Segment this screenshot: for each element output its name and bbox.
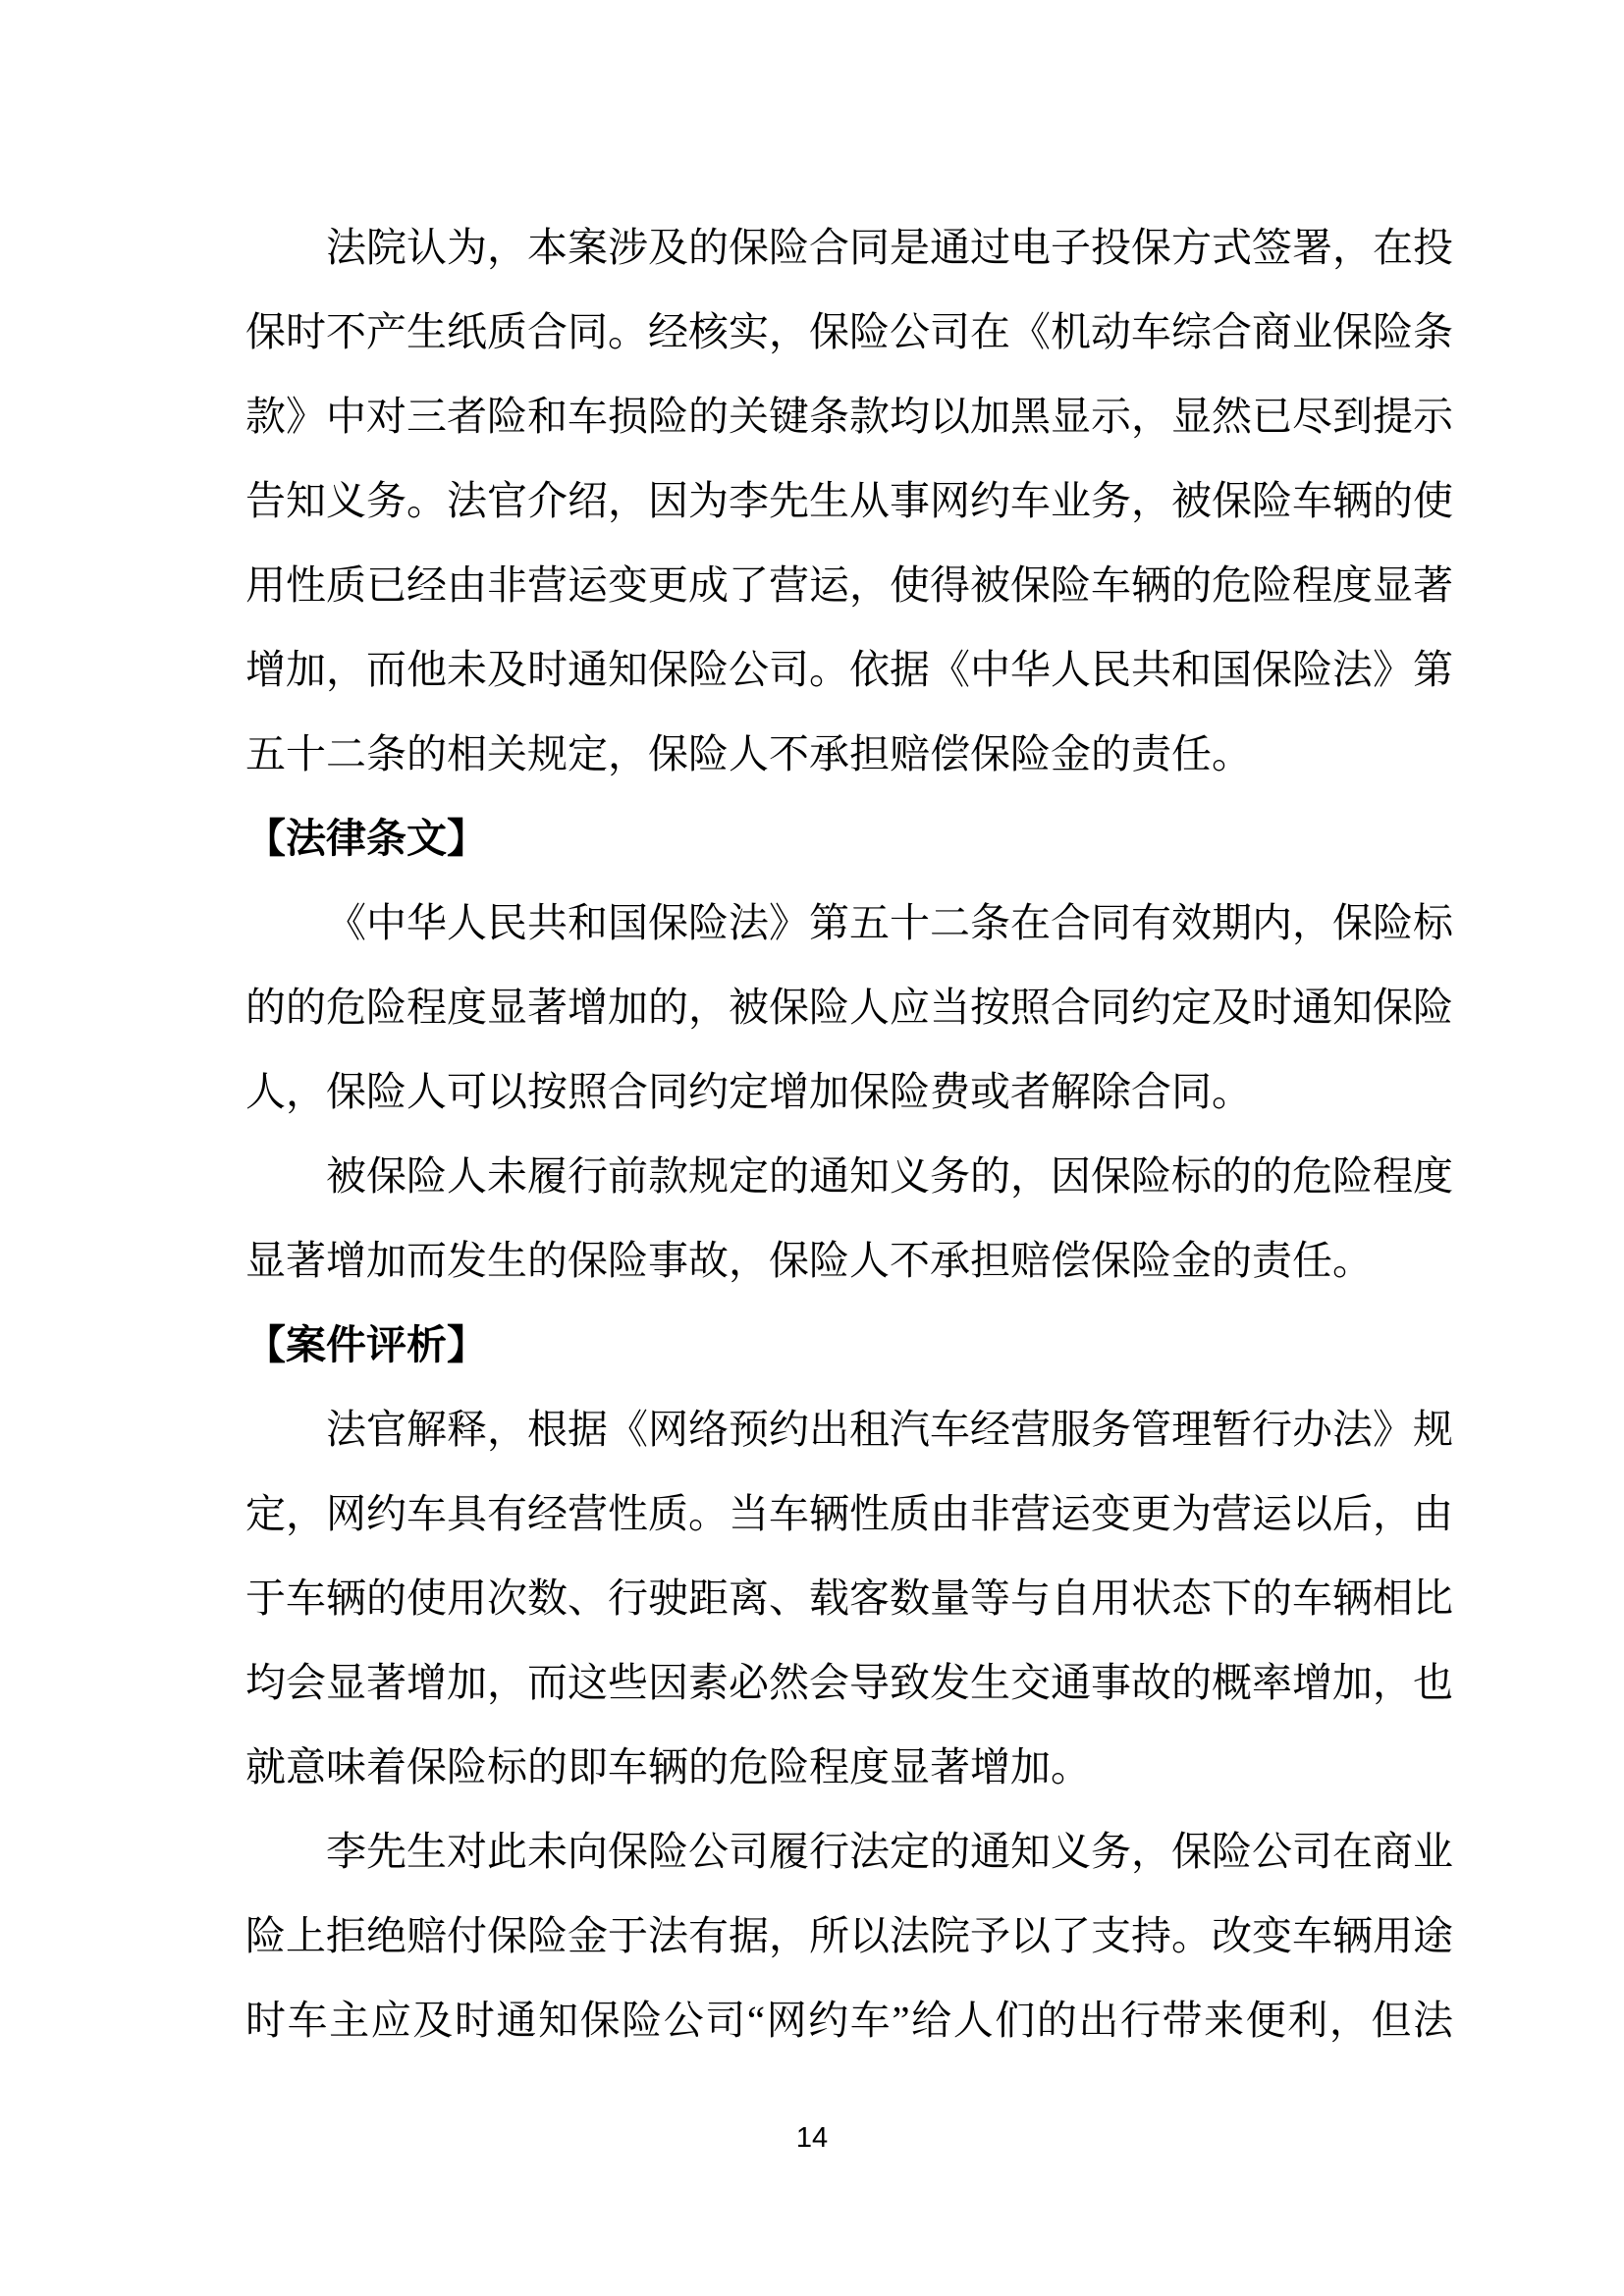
page-number: 14 (0, 2120, 1624, 2156)
text-line: 李先生对此未向保险公司履行法定的通知义务，保险公司在商业 (245, 1809, 1453, 1894)
text-line: 增加，而他未及时通知保险公司。依据《中华人民共和国保险法》第 (245, 627, 1453, 712)
text-line: 告知义务。法官介绍，因为李先生从事网约车业务，被保险车辆的使 (245, 458, 1453, 543)
text-line: 险上拒绝赔付保险金于法有据，所以法院予以了支持。改变车辆用途 (245, 1894, 1453, 1978)
text-line: 被保险人未履行前款规定的通知义务的，因保险标的的危险程度 (245, 1134, 1453, 1218)
section-heading: 【案件评析】 (245, 1303, 1453, 1387)
text-line: 用性质已经由非营运变更成了营运，使得被保险车辆的危险程度显著 (245, 543, 1453, 627)
text-line: 于车辆的使用次数、行驶距离、载客数量等与自用状态下的车辆相比 (245, 1556, 1453, 1640)
text-line: 的的危险程度显著增加的，被保险人应当按照合同约定及时通知保险 (245, 965, 1453, 1049)
document-body: 法院认为，本案涉及的保险合同是通过电子投保方式签署，在投保时不产生纸质合同。经核… (245, 205, 1453, 2062)
text-line: 均会显著增加，而这些因素必然会导致发生交通事故的概率增加，也 (245, 1640, 1453, 1725)
document-page: 法院认为，本案涉及的保险合同是通过电子投保方式签署，在投保时不产生纸质合同。经核… (0, 0, 1624, 2296)
text-line: 款》中对三者险和车损险的关键条款均以加黑显示，显然已尽到提示 (245, 374, 1453, 458)
text-line: 《中华人民共和国保险法》第五十二条在合同有效期内，保险标 (245, 881, 1453, 965)
section-heading: 【法律条文】 (245, 796, 1453, 881)
text-line: 法院认为，本案涉及的保险合同是通过电子投保方式签署，在投 (245, 205, 1453, 290)
text-line: 法官解释，根据《网络预约出租汽车经营服务管理暂行办法》规 (245, 1387, 1453, 1471)
text-line: 五十二条的相关规定，保险人不承担赔偿保险金的责任。 (245, 712, 1453, 796)
text-line: 保时不产生纸质合同。经核实，保险公司在《机动车综合商业保险条 (245, 290, 1453, 374)
text-line: 人，保险人可以按照合同约定增加保险费或者解除合同。 (245, 1049, 1453, 1134)
text-line: 显著增加而发生的保险事故，保险人不承担赔偿保险金的责任。 (245, 1218, 1453, 1303)
text-line: 时车主应及时通知保险公司“网约车”给人们的出行带来便利，但法 (245, 1978, 1453, 2062)
text-line: 定，网约车具有经营性质。当车辆性质由非营运变更为营运以后，由 (245, 1471, 1453, 1556)
text-line: 就意味着保险标的即车辆的危险程度显著增加。 (245, 1725, 1453, 1809)
